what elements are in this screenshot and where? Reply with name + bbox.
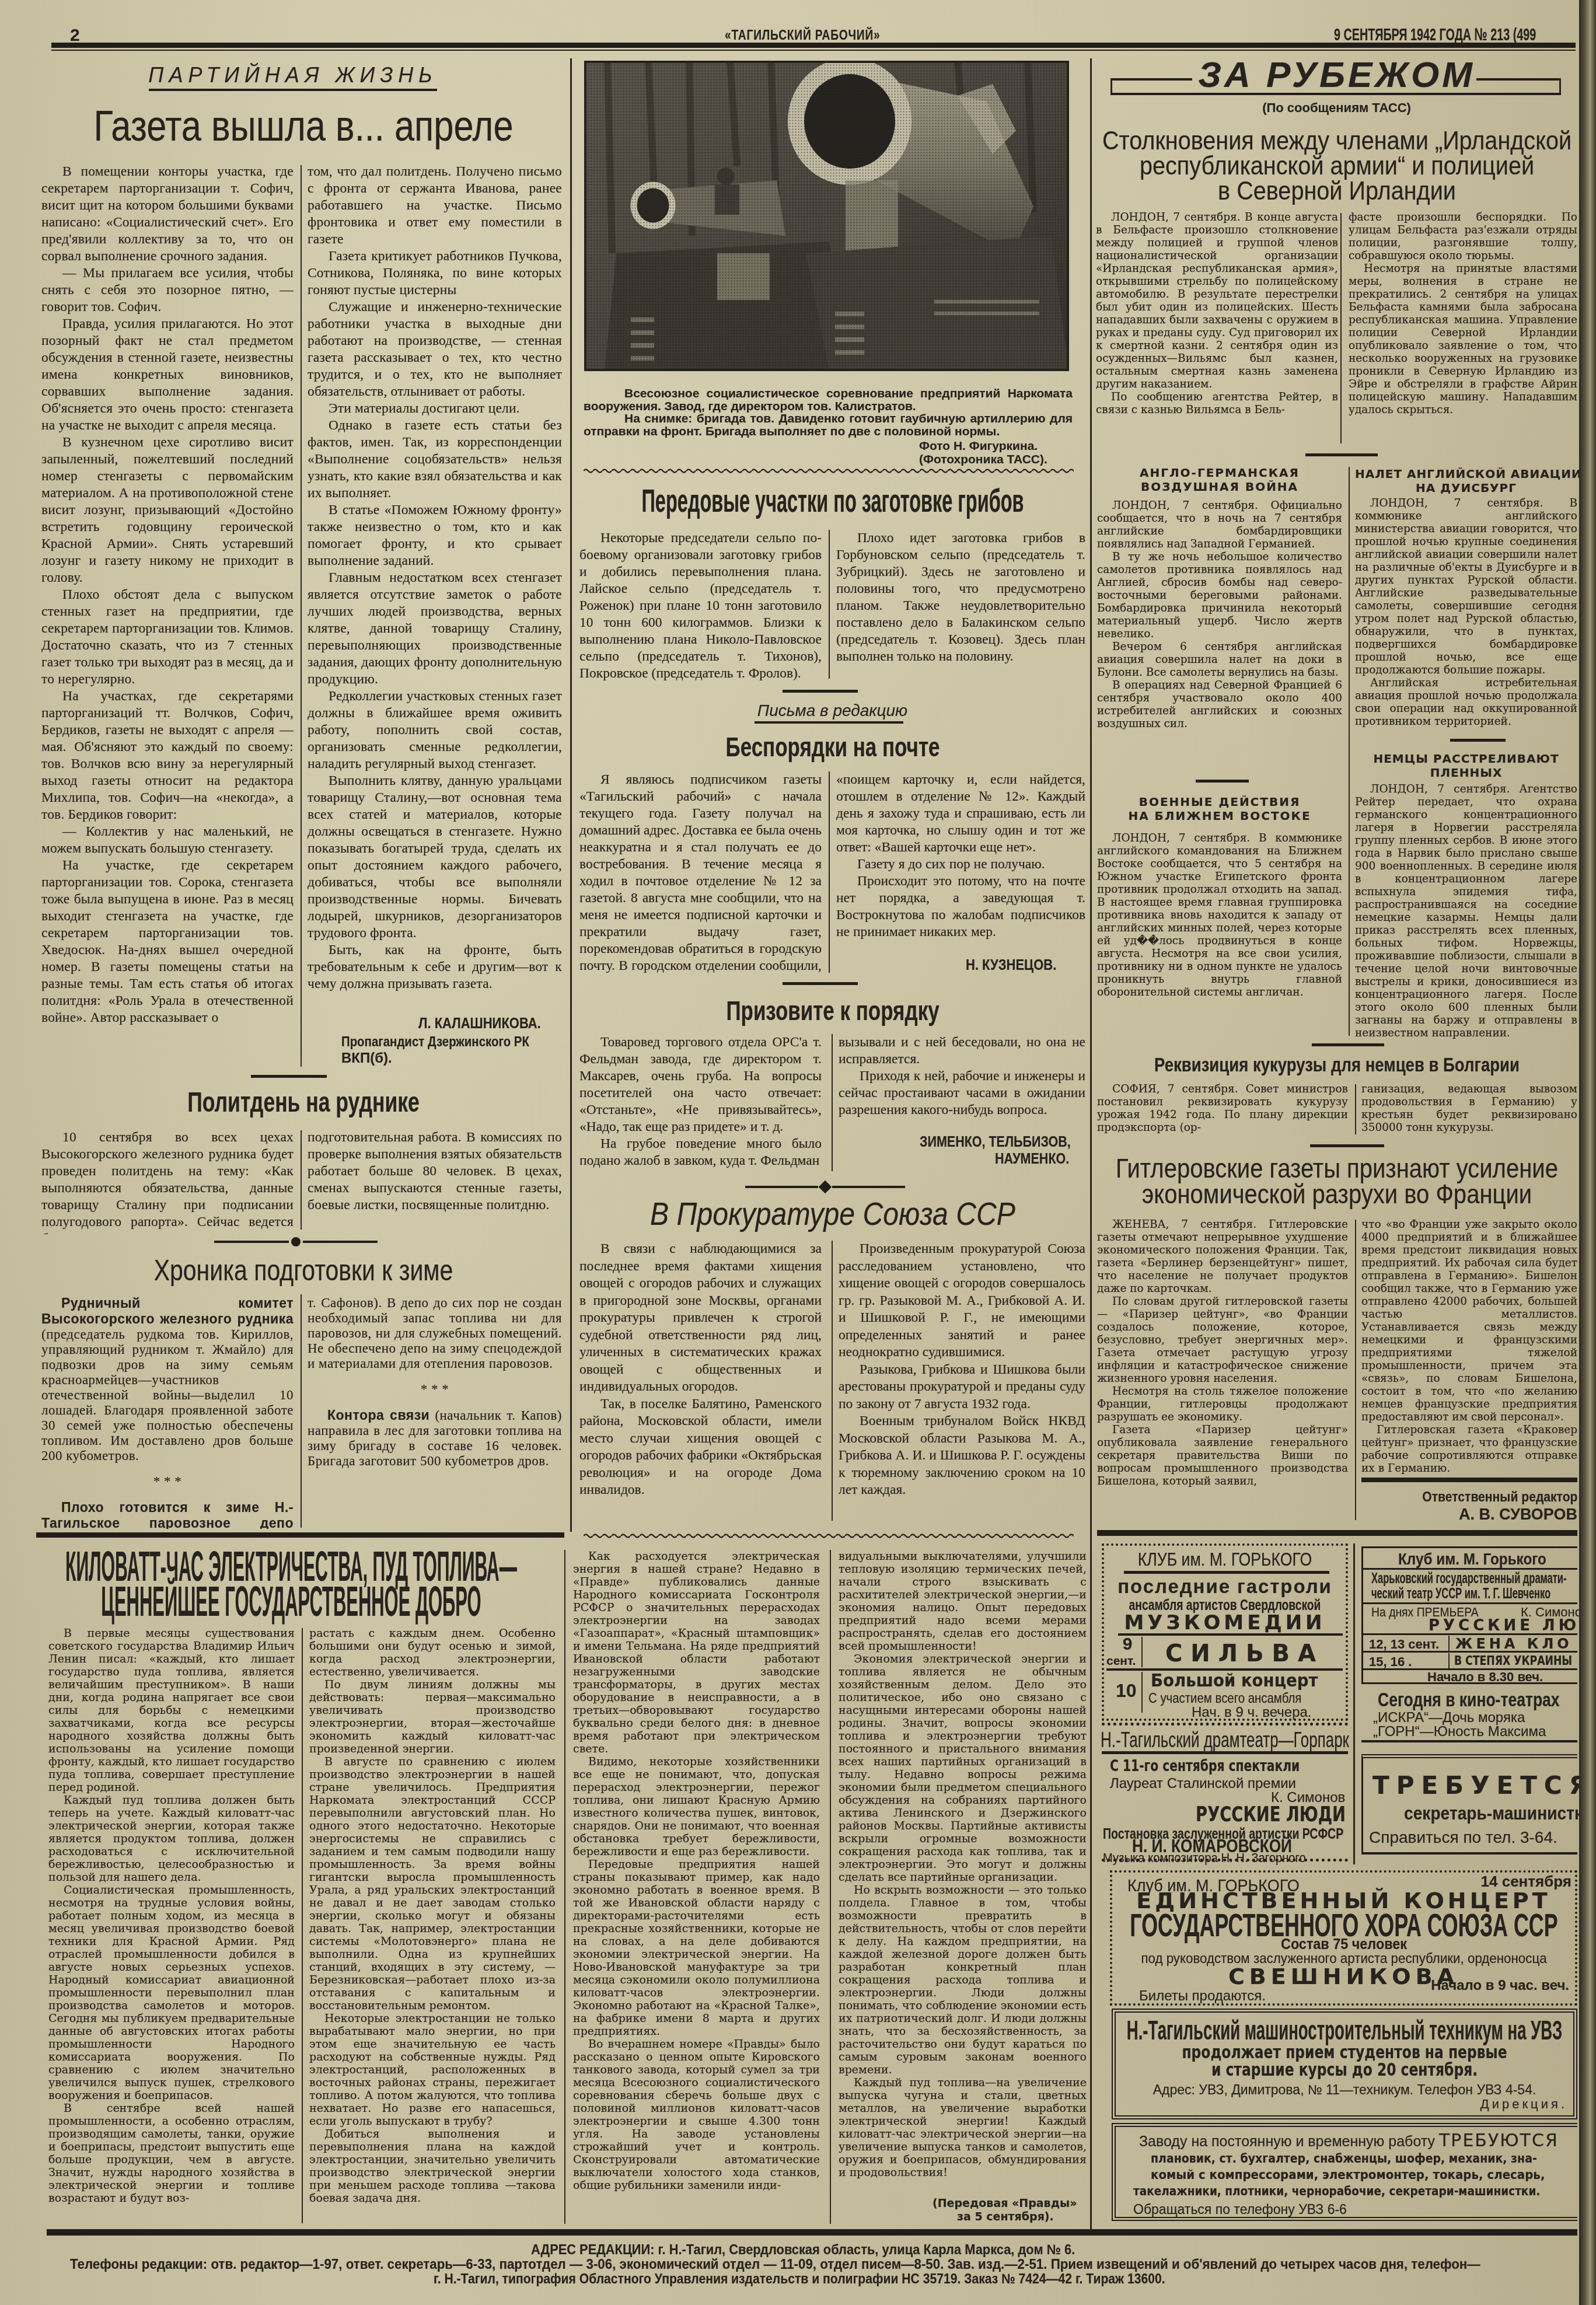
paragraph: Английская истребительная авиация прошло… bbox=[1355, 677, 1577, 728]
article-column-1: Товаровед торгового отдела ОРС'а т. Фель… bbox=[579, 1034, 822, 1187]
paragraph: Социалистическая промышленность, несмотр… bbox=[48, 1884, 295, 2102]
headline-box: Передовые участки по заготовке грибов bbox=[579, 481, 1085, 521]
paragraph: видуальными выключателями, улучшили тепл… bbox=[839, 1550, 1087, 1653]
ad-signature: Дирекция. bbox=[1480, 2097, 1567, 2112]
ad-day: 9 bbox=[1116, 1636, 1139, 1653]
headline-box: Газета вышла в... апреле bbox=[44, 98, 563, 154]
paragraph: Выполнить клятву, данную уральцами товар… bbox=[308, 773, 562, 942]
ornament-rule bbox=[745, 1182, 905, 1192]
paragraph: ганизация, ведающая вывозом продовольств… bbox=[1361, 1083, 1577, 1134]
paragraph: На участке, где секретарем парторганизац… bbox=[41, 857, 294, 1026]
ornament-line bbox=[214, 1241, 289, 1243]
paragraph: Газету я до сих пор не получаю. bbox=[836, 856, 1085, 873]
ad-rule bbox=[1118, 1633, 1343, 1636]
paragraph: На участках, где секретарями парторганиз… bbox=[41, 688, 294, 823]
paragraph: Экономия электрической энергии и топлива… bbox=[839, 1653, 1087, 1884]
ad-contact: Справиться по тел. 3-64. bbox=[1369, 1828, 1557, 1847]
paragraph: В первые месяцы существования советского… bbox=[48, 1627, 295, 1794]
rubric-abroad: ЗА РУБЕЖОМ bbox=[1198, 56, 1475, 95]
paragraph: Правда, усилия прилагаются. Но этот позо… bbox=[41, 316, 294, 434]
ad-cinema: Сегодня в кино-театрах „ИСКРА“—Дочь моря… bbox=[1361, 1685, 1577, 1742]
ad-line: Музыка композитора Н. Н. Загорного bbox=[1103, 1850, 1306, 1866]
paragraph: В сентябре всей нашей промышленности, а … bbox=[48, 2102, 295, 2205]
ad-line-box: Адрес: УВЗ, Димитрова, № 11—техникум. Те… bbox=[1116, 2082, 1573, 2098]
paragraph: фасте произошли беспорядки. По улицам Бе… bbox=[1349, 211, 1577, 263]
editor-name: А. В. СУВОРОВ bbox=[1459, 1506, 1577, 1524]
headline-box: Гитлеровские газеты признают усиление эк… bbox=[1096, 1155, 1577, 1214]
ad-kharkov-theatre: Клуб им. М. Горького Харьковский государ… bbox=[1361, 1546, 1577, 1684]
ad-time: Начало в 8.30 веч. bbox=[1427, 1670, 1543, 1685]
ad-column-rule bbox=[1353, 1543, 1355, 1864]
headline-line: АНГЛО-ГЕРМАНСКАЯ bbox=[1097, 466, 1342, 480]
editorial-source-date: за 5 сентября). bbox=[957, 2210, 1054, 2223]
ad-line-box: МУЗКОМЕДИИ bbox=[1104, 1611, 1346, 1635]
paragraph: В августе по сравнению с июлем производс… bbox=[309, 1755, 556, 2012]
column-divider bbox=[570, 58, 572, 1532]
subheadline-duisburg: НАЛЕТ АНГЛИЙСКОЙ АВИАЦИИ НА ДУИСБУРГ bbox=[1355, 467, 1577, 495]
footer-rule bbox=[47, 2229, 1577, 2236]
ad-line-box: Состав 75 человек bbox=[1112, 1936, 1575, 1952]
article-headline: В Прокуратуре Союза ССР bbox=[650, 1194, 1015, 1234]
article-air-war: ЛОНДОН, 7 сентября. Официально сообщаетс… bbox=[1097, 500, 1342, 768]
ad-line: и старшие курсы до 20 сентября. bbox=[1211, 2060, 1478, 2080]
ad-dates: 15, 16 . bbox=[1369, 1654, 1412, 1670]
article-column-3: Как расходуется электрическая энергия в … bbox=[573, 1550, 820, 2225]
ad-cinema-title: Сегодня в кино-театрах bbox=[1378, 1689, 1560, 1712]
paragraph: вызывали и с ней беседовали, но она не и… bbox=[839, 1034, 1085, 1068]
paragraph: В помещении конторы участка, где секрета… bbox=[41, 163, 294, 265]
article-column-2: растать с каждым днем. Особенно большими… bbox=[309, 1627, 556, 2225]
paragraph: Каждый пуд топлива—на увеличение выпуска… bbox=[839, 2076, 1087, 2179]
paragraph: По двум линиям должны мы действовать: пе… bbox=[309, 1678, 556, 1755]
column-divider bbox=[1090, 58, 1092, 2229]
column-rule bbox=[1355, 1084, 1356, 1134]
paragraph: 10 сентября во всех цехах Высокогорского… bbox=[41, 1129, 294, 1234]
ad-vacancy-position: секретарь-машинистка bbox=[1404, 1803, 1592, 1824]
ad-gorky-club-operetta: КЛУБ им. М. ГОРЬКОГО последние гастроли … bbox=[1102, 1543, 1348, 1721]
column-rule bbox=[829, 771, 830, 973]
article-column-2: что «во Франции уже закрыто около 4000 п… bbox=[1361, 1218, 1577, 1476]
item-lead: Рудничный комитет Высокогорского железно… bbox=[41, 1295, 294, 1326]
ad-line-box: Н.-Тагильский драмтеатр—Горпарк bbox=[1102, 1728, 1348, 1752]
article-near-east: ЛОНДОН, 7 сентября. В коммюнике английск… bbox=[1097, 832, 1342, 1036]
ad-drama-theatre: Н.-Тагильский драмтеатр—Горпарк С 11-го … bbox=[1102, 1723, 1348, 1862]
column-rule bbox=[301, 165, 302, 1067]
paragraph: На грубое поведение много было подано жа… bbox=[579, 1136, 822, 1169]
news-source: (По сообщениям ТАСС) bbox=[1262, 99, 1411, 117]
ad-rule bbox=[1363, 1602, 1577, 1604]
ad-rule bbox=[1363, 1568, 1577, 1570]
ad-line-emphasis: МУЗКОМЕДИИ bbox=[1124, 1611, 1325, 1635]
column-rule bbox=[301, 1130, 302, 1230]
section-rule-heavy bbox=[1097, 1530, 1577, 1536]
paragraph: Произведенным прокуратурой Союза расслед… bbox=[839, 1241, 1085, 1361]
article-headline: Хроника подготовки к зиме bbox=[154, 1252, 453, 1288]
column-rule bbox=[1349, 467, 1350, 1036]
ad-line-box: последние гастроли bbox=[1104, 1575, 1346, 1598]
ad-rule bbox=[1363, 1651, 1577, 1653]
article-column-2: фасте произошли беспорядки. По улицам Бе… bbox=[1349, 211, 1577, 447]
ad-school-name: Н.-Тагильский машиностроительный технику… bbox=[1127, 2014, 1562, 2046]
ad-jobs-list: такелажники, плотники, чернорабочие, сек… bbox=[1133, 2184, 1540, 2199]
column-rule bbox=[564, 1550, 565, 2224]
author-title: Пропагандист Дзержинского РК bbox=[341, 1034, 529, 1050]
item-lead: Контора связи bbox=[327, 1408, 429, 1423]
ad-cell-rule bbox=[1448, 1636, 1450, 1651]
ornament-rule bbox=[214, 1237, 378, 1246]
ad-dates: 12, 13 сент. bbox=[1369, 1637, 1439, 1652]
ad-jobs-list: плановик, ст. бухгалтер, снабженцы, шофе… bbox=[1151, 2152, 1537, 2166]
ad-line-box: Н.-Тагильский машиностроительный технику… bbox=[1116, 2014, 1573, 2046]
ad-contact: Обращаться по телефону УВЗ 6-6 bbox=[1133, 2202, 1347, 2217]
paragraph: Главным недостатком всех стенгазет являе… bbox=[308, 570, 562, 688]
ad-play-title: СИЛЬВА bbox=[1165, 1639, 1324, 1668]
article-headline: Беспорядки на почте bbox=[725, 729, 940, 764]
headline-line: НА ДУИСБУРГ bbox=[1355, 481, 1577, 495]
paragraph: Во вчерашнем номере «Правды» было расска… bbox=[573, 2038, 820, 2192]
newspaper-page: 2 «ТАГИЛЬСКИЙ РАБОЧИЙ» 9 СЕНТЯБРЯ 1942 Г… bbox=[0, 0, 1596, 2305]
article-prisoners: ЛОНДОН, 7 сентября. Агентство Рейтер пер… bbox=[1355, 783, 1577, 1041]
printing-info: г. Н.-Тагил, типография Областного Управ… bbox=[434, 2271, 1165, 2287]
paragraph: Но вскрыть возможности — это только полд… bbox=[839, 1884, 1087, 2076]
ad-rule bbox=[1124, 1571, 1329, 1574]
headline-line: Гитлеровские газеты признают усиление bbox=[1116, 1155, 1558, 1181]
ad-time: Начало в 9 час. веч. bbox=[1431, 1978, 1569, 1994]
ad-line: ческий театр УССР им. Т. Г. Шевченко bbox=[1371, 1585, 1550, 1602]
paper-title: «ТАГИЛЬСКИЙ РАБОЧИЙ» bbox=[725, 27, 881, 44]
paragraph: Разыкова, Грибкова и Шишкова были аресто… bbox=[839, 1361, 1085, 1413]
headline-box: Беспорядки на почте bbox=[579, 729, 1085, 764]
paragraph: Каждый пуд топлива должен быть теперь на… bbox=[48, 1794, 295, 1884]
ad-rule bbox=[1363, 1633, 1577, 1635]
ad-line: Харьковский государственный драмати- bbox=[1371, 1570, 1566, 1587]
ad-cell-rule bbox=[1448, 1653, 1450, 1668]
rubric-box: ЗА РУБЕЖОМ bbox=[1096, 56, 1577, 95]
editorial-source: (Передовая «Правды» bbox=[933, 2197, 1077, 2210]
paragraph: Я являюсь подписчиком газеты «Тагильский… bbox=[579, 771, 822, 977]
column-rule bbox=[301, 1294, 302, 1528]
headline-box: Столкновения между членами „Ирландской р… bbox=[1096, 128, 1577, 204]
paragraph: Газета критикует работников Пучкова, Сот… bbox=[308, 248, 562, 299]
photo-caption-detail: На снимке: бригада тов. Давиденко готови… bbox=[584, 413, 1073, 438]
article-column-1: ЖЕНЕВА, 7 сентября. Гитлеровские газеты … bbox=[1097, 1218, 1348, 1529]
ad-day: 10 bbox=[1116, 1680, 1137, 1702]
article-column-2: подготовительная работа. В комиссиях по … bbox=[308, 1129, 562, 1234]
article-column-4: видуальными выключателями, улучшили тепл… bbox=[839, 1550, 1087, 2192]
section-rule bbox=[1196, 780, 1249, 783]
author-signature: Н. КУЗНЕЦОВ. bbox=[966, 957, 1056, 974]
paragraph: ЛОНДОН, 7 сентября. В коммюнике английск… bbox=[1355, 497, 1577, 677]
headline-line: ЦЕННЕЙШЕЕ ГОСУДАРСТВЕННОЕ ДОБРО bbox=[101, 1585, 481, 1619]
article-column-2: «поищем карточку и, если найдется, отошл… bbox=[836, 771, 1085, 957]
article-headline: Призовите к порядку bbox=[726, 993, 939, 1028]
subheadline-near-east: ВОЕННЫЕ ДЕЙСТВИЯ НА БЛИЖНЕМ ВОСТОКЕ bbox=[1097, 795, 1342, 823]
headline-box: Политдень на руднике bbox=[44, 1085, 563, 1120]
paragraph: Плохо идет заготовка грибов в Горбуновск… bbox=[836, 530, 1085, 665]
ad-club-name: Клуб им. М. Горького bbox=[1398, 1550, 1546, 1569]
paragraph: Некоторые председатели сельпо по-боевому… bbox=[579, 530, 822, 682]
issue-date-number: 9 СЕНТЯБРЯ 1942 ГОДА № 213 (499 bbox=[1334, 25, 1536, 45]
ad-jobs-emphasis: ТРЕБУЮТСЯ bbox=[1439, 2131, 1559, 2151]
column-rule bbox=[1340, 213, 1342, 443]
paragraph: «поищем карточку и, если найдется, отошл… bbox=[836, 771, 1085, 856]
paragraph: Видимо, некоторые хозяйственники все еще… bbox=[573, 1755, 820, 1858]
ad-vacancy-title: ТРЕБУЕТСЯ bbox=[1373, 1771, 1595, 1800]
headline-box: В Прокуратуре Союза ССР bbox=[579, 1194, 1085, 1234]
paragraph: Несмотря на принятые властями меры, волн… bbox=[1349, 263, 1577, 417]
ad-jobs-list: комый с компрессорами, электромонтер, то… bbox=[1151, 2168, 1545, 2182]
headline-line: НЕМЦЫ РАССТРЕЛИВАЮТ bbox=[1355, 752, 1577, 766]
ad-jobs-intro: Заводу на постоянную и временную работу bbox=[1139, 2133, 1435, 2150]
paragraph: Редколлегии участковых стенных газет дол… bbox=[308, 688, 562, 773]
article-column-1: Некоторые председатели сельпо по-боевому… bbox=[579, 530, 822, 684]
rubric-party-life: ПАРТИЙНАЯ ЖИЗНЬ bbox=[148, 62, 437, 89]
masthead-rule-thin bbox=[51, 50, 1576, 51]
ad-line-box: СИЛЬВА bbox=[1144, 1639, 1346, 1668]
author-title-party: ВКП(б). bbox=[341, 1050, 392, 1067]
howitzer-photo bbox=[584, 61, 1069, 371]
headline-box: Призовите к порядку bbox=[579, 993, 1085, 1028]
paragraph: Быть, как на фронте, быть требовательным… bbox=[308, 942, 562, 993]
article-column-1: В помещении конторы участка, где секрета… bbox=[41, 163, 294, 1065]
ornament-dot bbox=[291, 1237, 301, 1246]
article-column-1: Я являюсь подписчиком газеты «Тагильский… bbox=[579, 771, 822, 977]
ad-choir-concert: Клуб им. М. ГОРЬКОГО 14 сентября ЕДИНСТВ… bbox=[1110, 1870, 1577, 2006]
section-rule-heavy bbox=[36, 1532, 564, 1538]
wavy-rule bbox=[584, 467, 1074, 474]
chronicle-item: Рудничный комитет Высокогорского железно… bbox=[41, 1295, 294, 1464]
column-rule bbox=[1355, 1220, 1356, 1520]
section-rule bbox=[1310, 1144, 1384, 1147]
editor-rule bbox=[1361, 1478, 1577, 1482]
headline-line: ПЛЕННЫХ bbox=[1355, 766, 1577, 780]
ad-address: Адрес: УВЗ, Димитрова, № 11—техникум. Те… bbox=[1153, 2082, 1536, 2098]
article-column-2: Произведенным прокуратурой Союза расслед… bbox=[839, 1241, 1085, 1528]
paragraph: растать с каждым днем. Особенно большими… bbox=[309, 1627, 556, 1678]
subheadline-air-war: АНГЛО-ГЕРМАНСКАЯ ВОЗДУШНАЯ ВОЙНА bbox=[1097, 466, 1342, 494]
article-headline: Передовые участки по заготовке грибов bbox=[641, 481, 1024, 521]
item-lead: Плохо готовится к зиме Н.-Тагильское пар… bbox=[41, 1500, 294, 1529]
paragraph: Товаровед торгового отдела ОРС'а т. Фель… bbox=[579, 1034, 822, 1136]
ad-concert-title: Большой концерт bbox=[1151, 1671, 1318, 1691]
ad-line: С 11-го сентября спектакли bbox=[1110, 1758, 1300, 1775]
paragraph: По словам другой гитлеровской газеты — «… bbox=[1097, 1295, 1348, 1385]
section-rule bbox=[1312, 1043, 1384, 1046]
ad-line: последние гастроли bbox=[1117, 1575, 1332, 1598]
section-rule bbox=[1305, 453, 1378, 456]
masthead: 2 «ТАГИЛЬСКИЙ РАБОЧИЙ» 9 СЕНТЯБРЯ 1942 Г… bbox=[0, 0, 1596, 56]
headline-line: ВОЗДУШНАЯ ВОЙНА bbox=[1097, 480, 1342, 494]
article-headline: Газета вышла в... апреле bbox=[93, 98, 513, 154]
paragraph: ЛОНДОН, 7 сентября. В конце августа в Бе… bbox=[1096, 211, 1338, 391]
ornament-line bbox=[832, 1186, 905, 1188]
ornament-line bbox=[745, 1186, 818, 1188]
paragraph: Некоторые электростанции не только выраб… bbox=[309, 2012, 556, 2128]
article-column-2: вызывали и с ней беседовали, но она не и… bbox=[839, 1034, 1085, 1136]
paragraph: СОФИЯ, 7 сентября. Совет министров поста… bbox=[1097, 1083, 1348, 1134]
article-headline: Политдень на руднике bbox=[187, 1085, 420, 1120]
ad-technical-school: Н.-Тагильский машиностроительный технику… bbox=[1112, 2009, 1577, 2119]
rubric-underline bbox=[149, 89, 437, 91]
ad-play-title: В СТЕПЯХ УКРАИНЫ bbox=[1454, 1654, 1572, 1668]
ad-line-box: и старшие курсы до 20 сентября. bbox=[1116, 2060, 1573, 2080]
ad-conductor: СВЕШНИКОВА bbox=[1228, 1964, 1459, 1989]
paragraph: Добиться выполнения и перевыполнения пла… bbox=[309, 2128, 556, 2205]
ad-line: Лауреат Сталинской премии bbox=[1110, 1776, 1296, 1792]
page-fold-edge bbox=[1579, 0, 1596, 2305]
headline-line: республиканской армии“ и полицией bbox=[1139, 153, 1534, 179]
ad-theatre-name: Н.-Тагильский драмтеатр—Горпарк bbox=[1101, 1728, 1349, 1752]
article-headline: Реквизиция кукурузы для немцев в Болгари… bbox=[1154, 1052, 1520, 1078]
ad-rule bbox=[1102, 1751, 1348, 1754]
photo-agency: (Фотохроника ТАСС). bbox=[919, 453, 1047, 467]
headline-line: НА БЛИЖНЕМ ВОСТОКЕ bbox=[1097, 809, 1342, 823]
paragraph: Так, в поселке Балятино, Раменского райо… bbox=[579, 1396, 822, 1499]
ad-line: Состав 75 человек bbox=[1280, 1936, 1406, 1952]
article-column-2: Плохо идет заготовка грибов в Горбуновск… bbox=[836, 530, 1085, 684]
paragraph: что «во Франции уже закрыто около 4000 п… bbox=[1361, 1218, 1577, 1424]
ad-month: сент. bbox=[1106, 1654, 1136, 1668]
headline-line: в Северной Ирландии bbox=[1218, 179, 1456, 204]
subheadline-prisoners: НЕМЦЫ РАССТРЕЛИВАЮТ ПЛЕННЫХ bbox=[1355, 752, 1577, 780]
paragraph: ЛОНДОН, 7 сентября. Агентство Рейтер пер… bbox=[1355, 783, 1577, 1040]
ad-tickets: Билеты продаются. bbox=[1139, 1988, 1266, 2004]
wavy-rule bbox=[584, 1532, 1074, 1539]
ad-cell-rule bbox=[1141, 1672, 1143, 1713]
ad-line-box: КЛУБ им. М. ГОРЬКОГО bbox=[1104, 1549, 1346, 1570]
headline-box: Хроника подготовки к зиме bbox=[44, 1252, 563, 1288]
paragraph: Военным трибуналом Войск НКВД Московской… bbox=[839, 1413, 1085, 1499]
ad-cell-rule bbox=[1141, 1637, 1143, 1667]
ad-play-title: РУССКИЕ ЛЮДИ bbox=[1196, 1803, 1346, 1826]
headline-line: экономической разрухи во Франции bbox=[1141, 1181, 1531, 1207]
chronicle-item-continued: т. Сафонов). В депо до сих пор не создан… bbox=[308, 1295, 562, 1371]
paragraph: В статье «Поможем Южному фронту» также н… bbox=[308, 502, 562, 570]
headline-line: ВОЕННЫЕ ДЕЙСТВИЯ bbox=[1097, 795, 1342, 809]
headline-box: КИЛОВАТТ-ЧАС ЭЛЕКТРИЧЕСТВА, ПУД ТОПЛИВА—… bbox=[48, 1550, 534, 1620]
paragraph: В кузнечном цехе сиротливо висит запылен… bbox=[41, 434, 294, 586]
rubric-underline bbox=[755, 721, 903, 724]
ornament-line bbox=[303, 1241, 378, 1243]
ad-factory-jobs: Заводу на постоянную и временную работу … bbox=[1112, 2123, 1577, 2221]
article-column-1: Рудничный комитет Высокогорского железно… bbox=[41, 1295, 294, 1529]
author-signatures: ЗИМЕНКО, ТЕЛЬБИЗОВ, bbox=[920, 1134, 1071, 1151]
source-box: (По сообщениям ТАСС) bbox=[1096, 99, 1577, 117]
section-rule bbox=[783, 982, 858, 985]
paragraph: Однако в газете есть статьи без фактов, … bbox=[308, 417, 562, 502]
article-column-1: В первые месяцы существования советского… bbox=[48, 1627, 295, 2225]
paragraph: Плохо обстоят дела с выпуском стенных га… bbox=[41, 586, 294, 688]
article-column-1: В связи с наблюдающимися за последнее вр… bbox=[579, 1241, 822, 1528]
paragraph: Приходя к ней, рабочие и инженеры и сейч… bbox=[839, 1068, 1085, 1119]
article-column-2: том, что дал политдень. Получено письмо … bbox=[308, 163, 562, 1012]
ad-cinema-listing: „ГОРН“—Юность Максима bbox=[1373, 1724, 1546, 1740]
ad-line: Заводу на постоянную и временную работу … bbox=[1139, 2131, 1559, 2151]
masthead-rule bbox=[51, 43, 1576, 48]
editorial-address: АДРЕС РЕДАКЦИИ: г. Н.-Тагил, Свердловска… bbox=[531, 2242, 1075, 2258]
headline-box: Реквизиция кукурузы для немцев в Болгари… bbox=[1096, 1052, 1577, 1078]
column-rule bbox=[830, 1550, 831, 2224]
paragraph: В связи с наблюдающимися за последнее вр… bbox=[579, 1241, 822, 1396]
column-rule bbox=[832, 1034, 833, 1171]
ornament-diamond bbox=[819, 1181, 832, 1194]
photo-credit: Фото Н. Фигуркина. bbox=[919, 439, 1038, 453]
paragraph: ЛОНДОН, 7 сентября. Официально сообщаетс… bbox=[1097, 500, 1342, 551]
ad-play-title: РУССКИЕ ЛЮДИ bbox=[1429, 1617, 1596, 1635]
paragraph: Несмотря на столь тяжелое положение Фран… bbox=[1097, 1385, 1348, 1424]
editorial-phones: Телефоны редакции: отв. редактор—1-97, о… bbox=[70, 2257, 1480, 2273]
paragraph: — Мы прилагаем все усилия, чтобы снять с… bbox=[41, 265, 294, 316]
paragraph: По сообщению агентства Рейтер, в связи с… bbox=[1096, 391, 1338, 417]
author-signature: НАУМЕНКО. bbox=[995, 1151, 1069, 1168]
article-column-2: ганизация, ведающая вывозом продовольств… bbox=[1361, 1083, 1577, 1138]
paragraph: Происходит это потому, что на почте нет … bbox=[836, 873, 1085, 941]
editor-label: Ответственный редактор bbox=[1422, 1489, 1577, 1506]
ad-play-title: ЖЕНА КЛО bbox=[1455, 1636, 1573, 1652]
column-rule bbox=[302, 1628, 303, 2223]
item-text: (председатель рудкома тов. Кириллов, упр… bbox=[41, 1327, 294, 1463]
paragraph: том, что дал политдень. Получено письмо … bbox=[308, 163, 562, 248]
chronicle-item: Плохо готовится к зиме Н.-Тагильское пар… bbox=[41, 1500, 294, 1529]
paragraph: Вечером 6 сентября английская авиация со… bbox=[1097, 641, 1342, 679]
paragraph: Эти материалы достигают цели. bbox=[308, 400, 562, 417]
article-duisburg: ЛОНДОН, 7 сентября. В коммюнике английск… bbox=[1355, 497, 1577, 728]
paragraph: Газета «Паризер цейтунг» опубликовала за… bbox=[1097, 1424, 1348, 1488]
rubric-letters: Письма в редакцию bbox=[757, 700, 907, 721]
paragraph: Служащие и инженерно-технические работни… bbox=[308, 299, 562, 400]
stars-separator: * * * bbox=[41, 1474, 294, 1489]
column-rule bbox=[829, 530, 830, 679]
paragraph: Как расходуется электрическая энергия в … bbox=[573, 1550, 820, 1755]
paragraph: Гитлеровская газета «Краковер цейтунг» п… bbox=[1361, 1424, 1577, 1475]
section-rule bbox=[1450, 739, 1506, 742]
ad-vacancy-typist: ТРЕБУЕТСЯ секретарь-машинистка Справитьс… bbox=[1361, 1754, 1577, 1855]
paragraph: ЛОНДОН, 7 сентября. В коммюнике английск… bbox=[1097, 832, 1342, 999]
ad-club-name: КЛУБ им. М. ГОРЬКОГО bbox=[1138, 1549, 1312, 1570]
article-column-1: СОФИЯ, 7 сентября. Совет министров поста… bbox=[1097, 1083, 1348, 1138]
headline-line: Столкновения между членами „Ирландской bbox=[1102, 128, 1571, 153]
paragraph: подготовительная работа. В комиссиях по … bbox=[308, 1129, 562, 1214]
rubric-box: ПАРТИЙНАЯ ЖИЗНЬ bbox=[149, 62, 437, 89]
author-signature: Л. КАЛАШНИКОВА. bbox=[418, 1015, 541, 1032]
paragraph: Передовые предприятия нашей страны показ… bbox=[573, 1858, 820, 2038]
paragraph: В ту же ночь небольшое количество самоле… bbox=[1097, 551, 1342, 641]
stars-separator: * * * bbox=[308, 1382, 562, 1397]
article-column-2: т. Сафонов). В депо до сих пор не создан… bbox=[308, 1295, 562, 1529]
paragraph: ЖЕНЕВА, 7 сентября. Гитлеровские газеты … bbox=[1097, 1218, 1348, 1295]
column-rule bbox=[832, 1241, 833, 1521]
rubric-box: Письма в редакцию bbox=[579, 700, 1085, 721]
paragraph: В операциях над Северной Францией 6 сент… bbox=[1097, 679, 1342, 731]
photo-caption: Всесоюзное социалистическое соревнование… bbox=[584, 387, 1073, 413]
section-rule bbox=[251, 1075, 327, 1078]
chronicle-item: Контора связи (начальник т. Капов) напра… bbox=[308, 1408, 562, 1469]
headline-line: НАЛЕТ АНГЛИЙСКОЙ АВИАЦИИ bbox=[1355, 467, 1577, 481]
article-column-1: ЛОНДОН, 7 сентября. В конце августа в Бе… bbox=[1096, 211, 1338, 447]
photo-figure bbox=[584, 61, 1069, 371]
article-column-1: 10 сентября во всех цехах Высокогорского… bbox=[41, 1129, 294, 1234]
section-rule bbox=[783, 690, 858, 693]
paragraph: — Коллектив у нас маленький, не можем вы… bbox=[41, 823, 294, 857]
ad-time: Нач. в 9 ч. вечера. bbox=[1192, 1705, 1312, 1721]
